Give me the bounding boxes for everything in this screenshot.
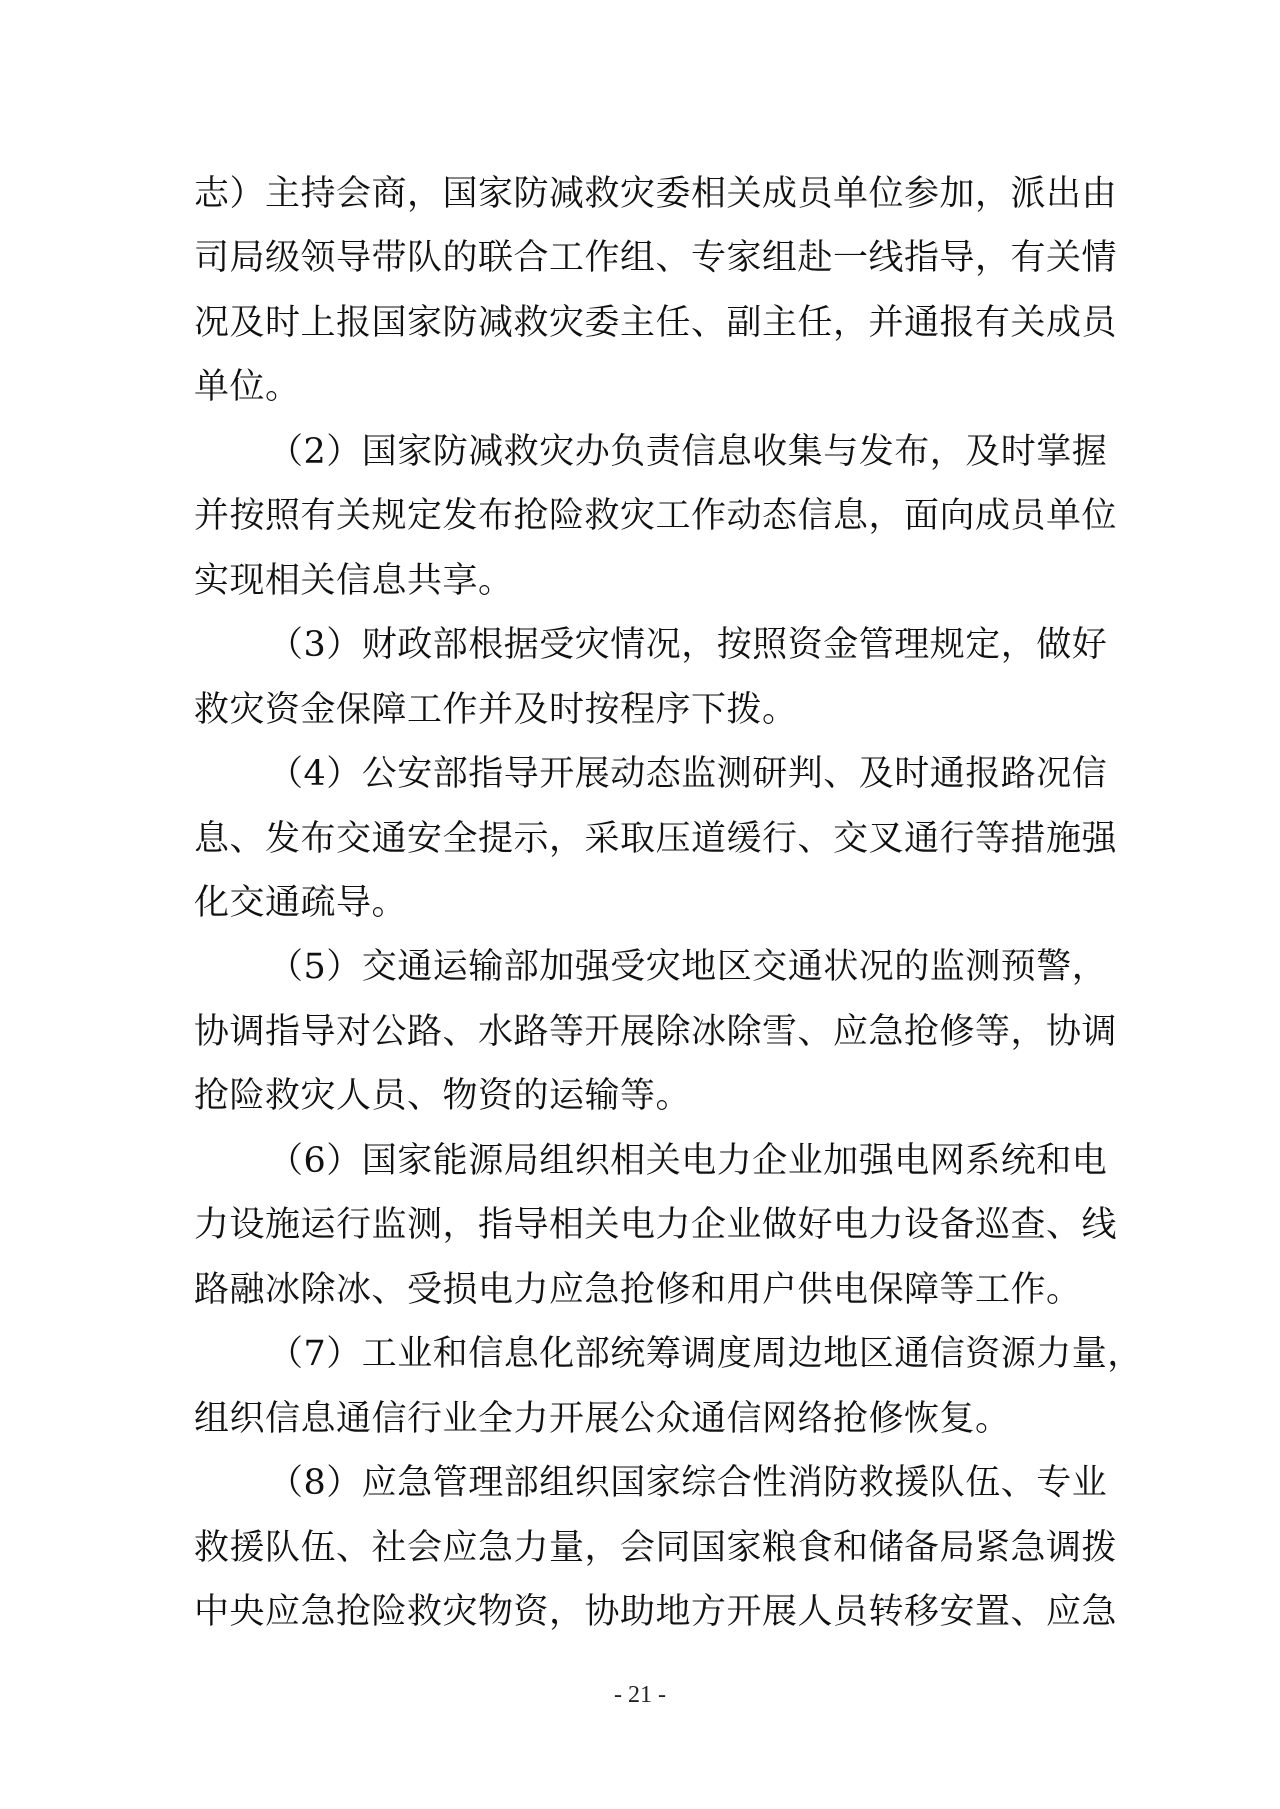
paragraph-continued: 志）主持会商，国家防减救灾委相关成员单位参加，派出由 司局级领导带队的联合工作组… (194, 162, 1089, 420)
text-line: （4）公安部指导开展动态监测研判、及时通报路况信 (194, 742, 1089, 806)
item-number: （4） (268, 754, 362, 794)
item-number: （5） (268, 947, 362, 987)
item-number: （6） (268, 1141, 362, 1181)
text-line: （3）财政部根据受灾情况，按照资金管理规定，做好 (194, 613, 1089, 677)
item-number: （8） (268, 1463, 362, 1503)
text-line: 救灾资金保障工作并及时按程序下拨。 (194, 678, 1089, 742)
text-line: 协调指导对公路、水路等开展除冰除雪、应急抢修等，协调 (194, 1000, 1089, 1064)
text-line: 力设施运行监测，指导相关电力企业做好电力设备巡查、线 (194, 1193, 1089, 1257)
document-body: 志）主持会商，国家防减救灾委相关成员单位参加，派出由 司局级领导带队的联合工作组… (194, 162, 1089, 1644)
text-line: 况及时上报国家防减救灾委主任、副主任，并通报有关成员 (194, 291, 1089, 355)
document-page: 志）主持会商，国家防减救灾委相关成员单位参加，派出由 司局级领导带队的联合工作组… (0, 0, 1280, 1809)
text-segment: 国家防减救灾办负责信息收集与发布，及时掌握 (362, 432, 1108, 472)
text-line: 单位。 (194, 355, 1089, 419)
text-line: 司局级领导带队的联合工作组、专家组赴一线指导，有关情 (194, 226, 1089, 290)
text-line: 抢险救灾人员、物资的运输等。 (194, 1064, 1089, 1128)
paragraph-item-5: （5）交通运输部加强受灾地区交通状况的监测预警， 协调指导对公路、水路等开展除冰… (194, 935, 1089, 1128)
item-number: （7） (268, 1334, 362, 1374)
text-line: （5）交通运输部加强受灾地区交通状况的监测预警， (194, 935, 1089, 999)
text-line: （2）国家防减救灾办负责信息收集与发布，及时掌握 (194, 420, 1089, 484)
item-number: （3） (268, 625, 362, 665)
text-line: 实现相关信息共享。 (194, 549, 1089, 613)
text-line: （7）工业和信息化部统筹调度周边地区通信资源力量， (194, 1322, 1089, 1386)
page-number: - 21 - (0, 1682, 1280, 1709)
paragraph-item-7: （7）工业和信息化部统筹调度周边地区通信资源力量， 组织信息通信行业全力开展公众… (194, 1322, 1089, 1451)
text-segment: 国家能源局组织相关电力企业加强电网系统和电 (362, 1141, 1108, 1181)
text-segment: 公安部指导开展动态监测研判、及时通报路况信 (362, 754, 1108, 794)
paragraph-item-2: （2）国家防减救灾办负责信息收集与发布，及时掌握 并按照有关规定发布抢险救灾工作… (194, 420, 1089, 613)
text-line: （8）应急管理部组织国家综合性消防救援队伍、专业 (194, 1451, 1089, 1515)
text-line: 志）主持会商，国家防减救灾委相关成员单位参加，派出由 (194, 162, 1089, 226)
text-line: 化交通疏导。 (194, 871, 1089, 935)
text-line: 路融冰除冰、受损电力应急抢修和用户供电保障等工作。 (194, 1258, 1089, 1322)
text-line: 中央应急抢险救灾物资，协助地方开展人员转移安置、应急 (194, 1580, 1089, 1644)
text-segment: 交通运输部加强受灾地区交通状况的监测预警， (362, 947, 1108, 987)
text-line: 救援队伍、社会应急力量，会同国家粮食和储备局紧急调拨 (194, 1516, 1089, 1580)
text-line: （6）国家能源局组织相关电力企业加强电网系统和电 (194, 1129, 1089, 1193)
item-number: （2） (268, 432, 362, 472)
paragraph-item-8: （8）应急管理部组织国家综合性消防救援队伍、专业 救援队伍、社会应急力量，会同国… (194, 1451, 1089, 1644)
text-line: 息、发布交通安全提示，采取压道缓行、交叉通行等措施强 (194, 807, 1089, 871)
paragraph-item-6: （6）国家能源局组织相关电力企业加强电网系统和电 力设施运行监测，指导相关电力企… (194, 1129, 1089, 1322)
text-segment: 应急管理部组织国家综合性消防救援队伍、专业 (362, 1463, 1108, 1503)
text-line: 组织信息通信行业全力开展公众通信网络抢修恢复。 (194, 1387, 1089, 1451)
text-segment: 财政部根据受灾情况，按照资金管理规定，做好 (362, 625, 1108, 665)
text-line: 并按照有关规定发布抢险救灾工作动态信息，面向成员单位 (194, 484, 1089, 548)
text-segment: 工业和信息化部统筹调度周边地区通信资源力量， (362, 1334, 1143, 1374)
paragraph-item-4: （4）公安部指导开展动态监测研判、及时通报路况信 息、发布交通安全提示，采取压道… (194, 742, 1089, 935)
paragraph-item-3: （3）财政部根据受灾情况，按照资金管理规定，做好 救灾资金保障工作并及时按程序下… (194, 613, 1089, 742)
